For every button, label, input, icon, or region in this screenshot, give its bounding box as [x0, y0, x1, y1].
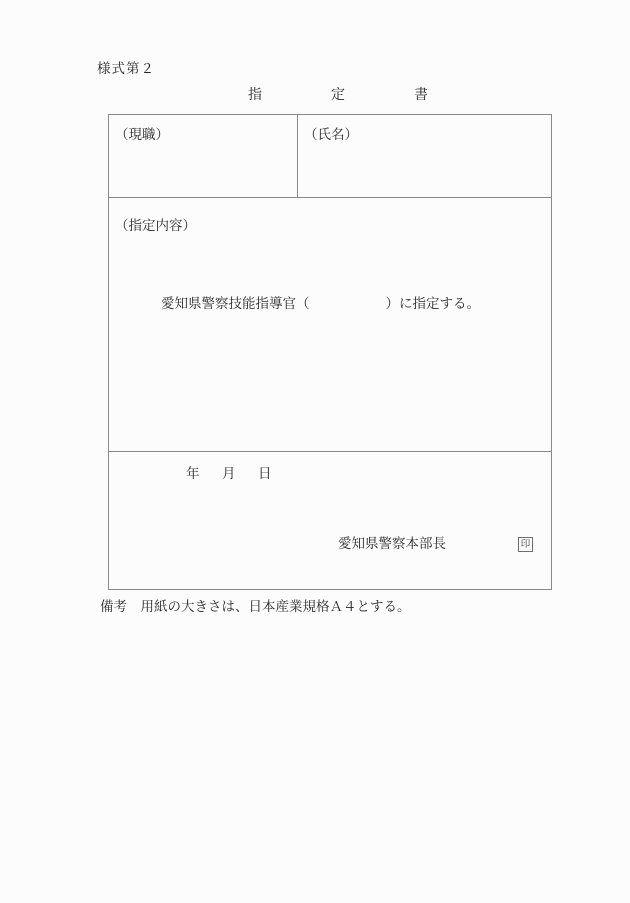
seal-mark-icon: 印: [518, 537, 533, 552]
designation-sentence: 愛知県警察技能指導官（）に指定する。: [161, 298, 480, 312]
form-number-label: 様式第２: [97, 63, 155, 77]
signer-title: 愛知県警察本部長: [338, 536, 446, 552]
date-signature-cell: 年 月 日 愛知県警察本部長印: [109, 452, 551, 589]
document-page: 様式第２ 指定書 （現職） （氏名） （指定内容） 愛知県警察技能指導官（）に指…: [0, 0, 630, 903]
designation-content-cell: （指定内容） 愛知県警察技能指導官（）に指定する。: [109, 198, 551, 452]
designation-sentence-prefix: 愛知県警察技能指導官（: [161, 296, 310, 312]
remarks-note: 備考 用紙の大きさは、日本産業規格Ａ４とする。: [100, 601, 411, 615]
name-cell: （氏名）: [298, 115, 551, 197]
designation-form-table: （現職） （氏名） （指定内容） 愛知県警察技能指導官（）に指定する。 年 月 …: [108, 114, 552, 590]
date-line: 年 月 日: [186, 468, 276, 482]
designation-sentence-suffix: ）に指定する。: [386, 296, 481, 312]
designation-content-label: （指定内容）: [115, 220, 196, 234]
document-title: 指定書: [0, 88, 630, 102]
current-post-label: （現職）: [115, 127, 169, 143]
signature-line: 愛知県警察本部長印: [338, 537, 533, 552]
name-label: （氏名）: [304, 127, 358, 143]
designation-blank: [310, 307, 386, 308]
current-post-cell: （現職）: [109, 115, 298, 197]
header-row: （現職） （氏名）: [109, 115, 551, 198]
